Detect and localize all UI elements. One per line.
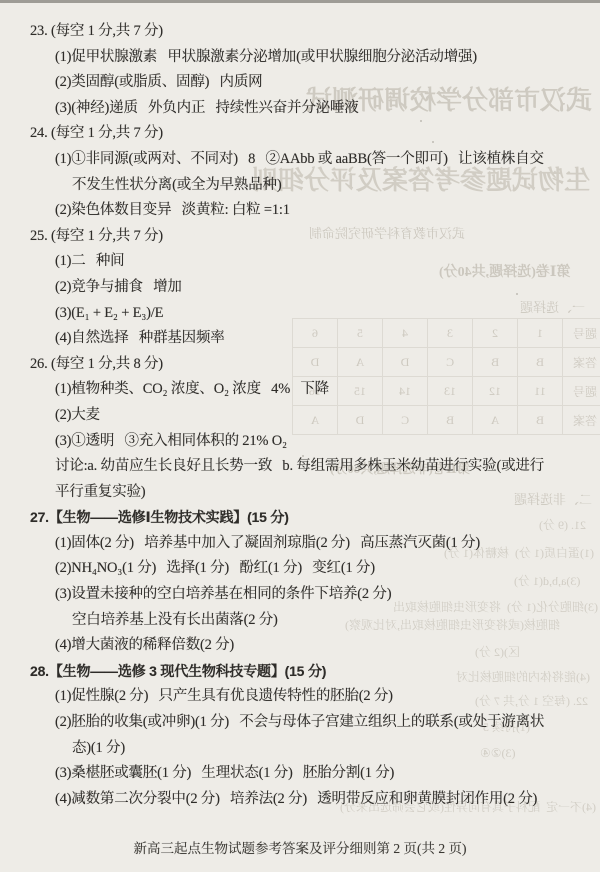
q26-discussion-cont: 平行重复实验) [55, 480, 600, 506]
q27-answer-3: (3)设置未接种的空白培养基在相同的条件下培养(2 分) [55, 582, 600, 608]
q27-answer-1: (1)固体(2 分) 培养基中加入了凝固剂琼脂(2 分) 高压蒸汽灭菌(1 分) [55, 531, 600, 557]
q24-answer-1-cont: 不发生性状分离(或全为早熟品种) [72, 173, 600, 199]
q23-answer-2: (2)类固醇(或脂质、固醇) 内质网 [55, 70, 600, 96]
q28-answer-4: (4)减数第二次分裂中(2 分) 培养法(2 分) 透明带反应和卵黄膜封闭作用(… [55, 787, 600, 813]
q27-header: 27.【生物——选修Ⅰ生物技术实践】(15 分) [30, 505, 600, 531]
page-footer: 新高三起点生物试题参考答案及评分细则第 2 页(共 2 页) [0, 837, 600, 857]
q25-answer-2: (2)竞争与捕食 增加 [55, 275, 600, 301]
q28-answer-2: (2)胚胎的收集(或冲卵)(1 分) 不会与母体子宫建立组织上的联系(或处于游离… [55, 710, 600, 736]
q26-discussion: 讨论:a. 幼苗应生长良好且长势一致 b. 每组需用多株玉米幼苗进行实验(或进行 [55, 454, 600, 480]
q27-answer-2: (2)NH₄NO₃(1 分) 选择(1 分) 酚红(1 分) 变红(1 分) [55, 556, 600, 582]
q25-answer-4: (4)自然选择 种群基因频率 [55, 326, 600, 352]
q27-answer-3-cont: 空白培养基上没有长出菌落(2 分) [72, 608, 600, 634]
q24-header: 24. (每空 1 分,共 7 分) [30, 121, 600, 147]
q24-answer-1: (1)①非同源(或两对、不同对) 8 ②AAbb 或 aaBB(答一个即可) 让… [55, 147, 600, 173]
q27-answer-4: (4)增大菌液的稀释倍数(2 分) [55, 633, 600, 659]
q26-header: 26. (每空 1 分,共 8 分) [30, 352, 600, 378]
scanned-answer-sheet-page: 武汉市部分学校调研测试 生物试题参考答案及评分细则 武汉市教育科学研究院命制 第… [0, 0, 600, 872]
q23-header: 23. (每空 1 分,共 7 分) [30, 19, 600, 45]
q28-answer-3: (3)桑椹胚或囊胚(1 分) 生理状态(1 分) 胚胎分割(1 分) [55, 761, 600, 787]
q25-answer-1: (1)二 种间 [55, 249, 600, 275]
q26-answer-3: (3)①透明 ③充入相同体积的 21% O₂ [55, 429, 600, 455]
q23-answer-1: (1)促甲状腺激素 甲状腺激素分泌增加(或甲状腺细胞分泌活动增强) [55, 45, 600, 71]
q28-answer-2-cont: 态)(1 分) [72, 736, 600, 762]
q26-answer-2: (2)大麦 [55, 403, 600, 429]
q24-answer-2: (2)染色体数目变异 淡黄粒: 白粒 =1:1 [55, 198, 600, 224]
answer-key-body: 23. (每空 1 分,共 7 分) (1)促甲状腺激素 甲状腺激素分泌增加(或… [0, 0, 600, 812]
q25-answer-3: (3)(E₁ + E₂ + E₃)/E [55, 301, 600, 327]
q28-answer-1: (1)促性腺(2 分) 只产生具有优良遗传特性的胚胎(2 分) [55, 684, 600, 710]
q26-answer-1: (1)植物种类、CO₂ 浓度、O₂ 浓度 4% 下降 [55, 377, 600, 403]
q25-header: 25. (每空 1 分,共 7 分) [30, 224, 600, 250]
q28-header: 28.【生物——选修 3 现代生物科技专题】(15 分) [30, 659, 600, 685]
q23-answer-3: (3)(神经)递质 外负内正 持续性兴奋并分泌唾液 [55, 96, 600, 122]
